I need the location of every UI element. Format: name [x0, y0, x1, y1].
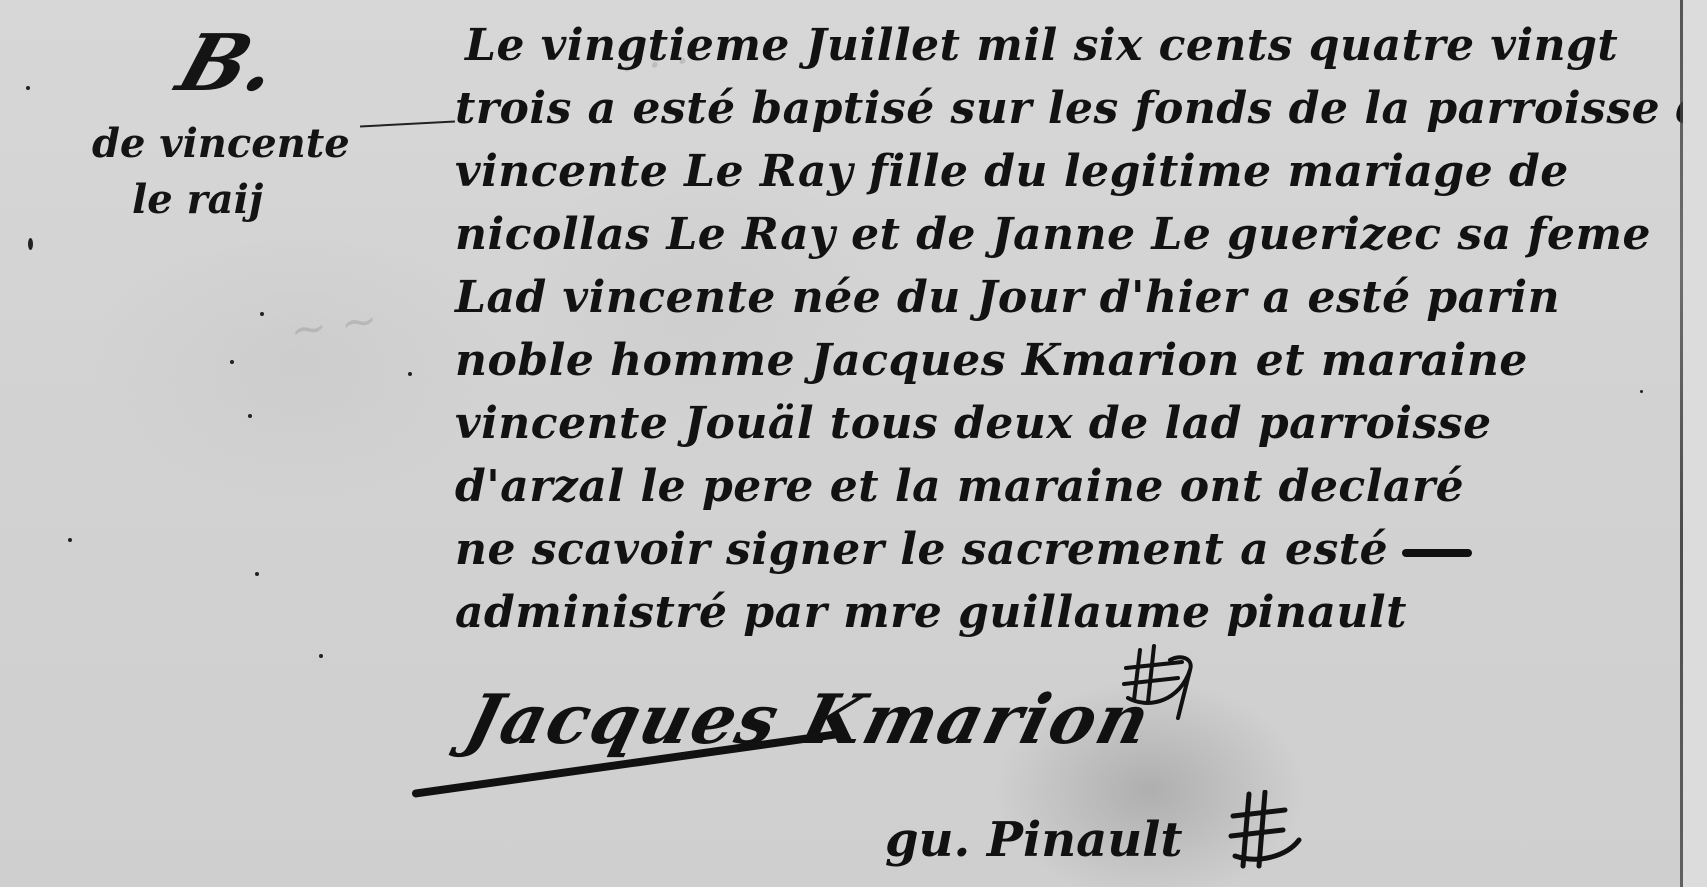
body-line-10: administré par mre guillaume pinault [455, 581, 1675, 644]
margin-entry-code: B. [167, 18, 290, 109]
margin-name-line-1: de vincente [92, 120, 350, 167]
body-line-7: vincente Jouäl tous deux de lad parroiss… [455, 392, 1675, 455]
ink-speck [68, 538, 72, 542]
margin-rule [360, 121, 455, 128]
margin-name-line-2: le raij [132, 176, 263, 223]
register-page: · · · ~ ~ B. de vincente le raij Le ving… [0, 0, 1683, 887]
line-filler-dash [1402, 549, 1472, 557]
body-line-9-wrap: ne scavoir signer le sacrement a esté [455, 518, 1675, 581]
entry-body: Le vingtieme Juillet mil six cents quatr… [455, 14, 1675, 644]
ink-speck [26, 86, 30, 90]
body-line-4: nicollas Le Ray et de Janne Le guerizec … [455, 203, 1675, 266]
body-line-8: d'arzal le pere et la maraine ont declar… [455, 455, 1675, 518]
ink-speck [255, 572, 259, 576]
body-line-9: ne scavoir signer le sacrement a esté [455, 524, 1388, 575]
body-line-2: trois a esté baptisé sur les fonds de la… [455, 77, 1675, 140]
priest-signature: gu. Pinault [885, 812, 1183, 868]
body-line-1: Le vingtieme Juillet mil six cents quatr… [455, 14, 1675, 77]
body-line-6: noble homme Jacques Kmarion et maraine [455, 329, 1675, 392]
ink-speck [260, 312, 264, 316]
scan-background [1683, 0, 1707, 887]
ink-speck [408, 372, 412, 376]
ink-speck [230, 360, 234, 364]
body-line-3: vincente Le Ray fille du legitime mariag… [455, 140, 1675, 203]
ink-speck [319, 654, 323, 658]
paraph-flourish-icon [1225, 790, 1305, 870]
paraph-flourish-icon [1120, 640, 1200, 720]
ink-speck [28, 238, 33, 250]
godfather-signature: Jacques Kmarion [458, 680, 1159, 760]
ink-speck [248, 414, 252, 418]
body-line-5: Lad vincente née du Jour d'hier a esté p… [455, 266, 1675, 329]
bleed-through-text: ~ ~ [287, 294, 381, 357]
